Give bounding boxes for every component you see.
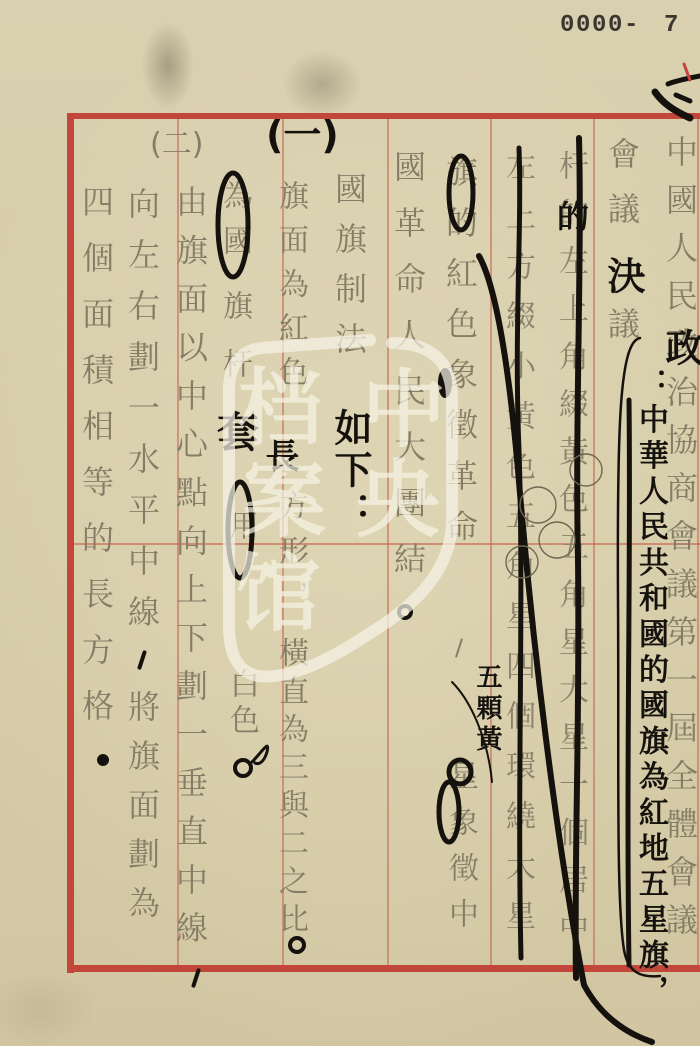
page-serial-number: 7 (664, 12, 680, 39)
full-stop-mark: 。 (397, 604, 413, 620)
flag-method-correction: 如下： (331, 408, 369, 534)
resolution-text-end: 議 (606, 307, 638, 339)
struck-text: 杆的左上角綴黃色五角星大星一個居中 (555, 150, 585, 959)
inserted-five-yellow: 五顆黃 (474, 663, 500, 756)
full-stop-mark: 。 (233, 758, 253, 778)
flag-shape-text-2: 方形， (275, 490, 305, 625)
full-stop-mark: 。 (288, 936, 306, 954)
sleeve-correction: 套 (214, 410, 256, 452)
column-rule (593, 119, 595, 965)
page-serial-prefix: 0000- (560, 12, 640, 39)
sleeve-text: 旗杆 (219, 290, 249, 406)
flag-shape-text: 旗面為紅色 (275, 180, 305, 400)
resolution-correction: 決 (604, 256, 642, 294)
four-rectangles-text: 四個面積相等的長方格 (80, 185, 112, 745)
flag-ratio-text: 橫直為三與二之比 (275, 637, 305, 941)
horizontal-line-text: 向左右劃一水平中線 (126, 187, 158, 646)
sleeve-text-circled-2: 用 (225, 510, 255, 540)
frame-border-left (67, 113, 74, 973)
horizontal-line-text-2: 將旗面劃為 (126, 690, 158, 935)
unity-text: 國革命人民大團結 (392, 150, 424, 598)
full-stop-mark: 。 (97, 754, 109, 766)
sleeve-color-text: 白色 (226, 668, 256, 740)
resolution-text: 會議 (606, 137, 638, 247)
flag-method-text: 國旗制法 (333, 172, 365, 372)
flag-shape-correction: 長 (262, 438, 296, 472)
struck-correction: 的 (555, 200, 587, 232)
struck-text: 左上方綴小黃色五角星四個環繞大星 (502, 150, 532, 950)
symbolism-text: 旗的紅色象徵革命 (444, 155, 476, 560)
frame-border-top (67, 113, 700, 119)
symbolism-text-cont: 星象徵中 (445, 760, 475, 944)
sleeve-text-circled: 為國 (219, 180, 249, 270)
section-one-label: (一) (266, 116, 339, 154)
vertical-line-text: 由旗面以中心點向上下劃一垂直中線 (174, 185, 206, 959)
inserted-text: ：中華人民共和國的國旗為紅地五星旗， (635, 368, 665, 1011)
heading-text: 中國人民政治協商會議第一屆全體會議 (664, 135, 696, 951)
frame-border-bottom (67, 965, 700, 972)
heading-correction: 政 (662, 328, 700, 366)
section-two-label: (二) (150, 130, 203, 160)
column-rule (490, 119, 492, 965)
center-rule (74, 543, 700, 545)
